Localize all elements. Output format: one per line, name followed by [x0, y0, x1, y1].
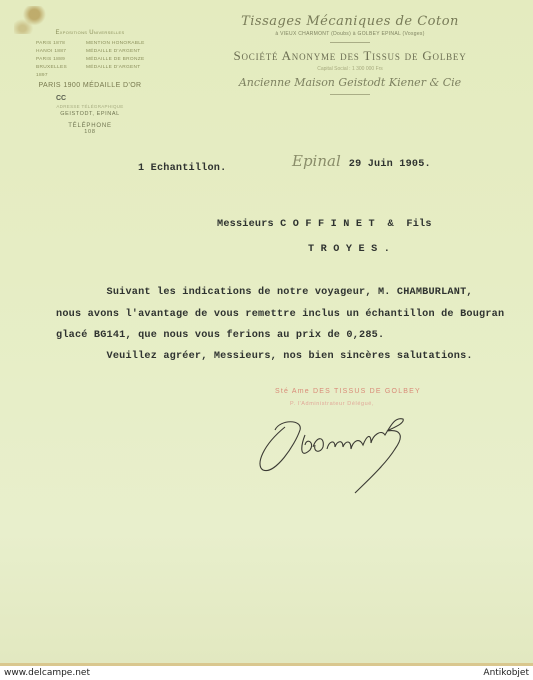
telegraph-address: GEISTODT, EPINAL	[20, 111, 160, 117]
award-row: PARIS 1889MÉDAILLE DE BRONZE	[20, 56, 160, 64]
company-capital: Capital Social : 1 300 000 Frs	[180, 66, 520, 72]
reference: 1 Echantillon.	[138, 163, 226, 174]
code-mark: CC	[20, 95, 160, 102]
body-line: Veuillez agréer, Messieurs, nos bien sin…	[56, 351, 473, 362]
recipient-city: T R O Y E S .	[308, 244, 390, 255]
letterhead-company: Tissages Mécaniques de Coton à VIEUX CHA…	[180, 14, 520, 100]
former-house: Ancienne Maison Geistodt Kiener & Cie	[180, 76, 520, 89]
date-line: Epinal29 Juin 1905.	[292, 152, 431, 171]
company-stamp: Sté Ame DES TISSUS DE GOLBEY	[275, 388, 421, 395]
phone-number: 108	[20, 129, 160, 135]
body-line: nous avons l'avantage de vous remettre i…	[56, 309, 504, 320]
date: 29 Juin 1905.	[349, 159, 431, 170]
body-line: glacé BG141, que nous vous ferions au pr…	[56, 330, 384, 341]
company-address: à VIEUX CHARMONT (Doubs) à GOLBEY EPINAL…	[180, 31, 520, 37]
divider	[330, 94, 370, 95]
footer-seller: Antikobjet	[483, 667, 529, 680]
divider	[330, 42, 370, 43]
award-row: PARIS 1878MENTION HONORABLE	[20, 40, 160, 48]
place: Epinal	[292, 152, 341, 170]
recipient: Messieurs C O F F I N E T & Fils	[217, 219, 432, 230]
letterhead-awards: Expositions Universelles PARIS 1878MENTI…	[20, 30, 160, 135]
letter-paper: Expositions Universelles PARIS 1878MENTI…	[0, 0, 533, 666]
telegraph-label: ADRESSE TÉLÉGRAPHIQUE	[20, 104, 160, 109]
gold-award: PARIS 1900 MÉDAILLE D'OR	[20, 82, 160, 89]
signature	[255, 405, 455, 495]
footer-source: www.delcampe.net	[4, 667, 90, 680]
company-name: Société Anonyme des Tissus de Golbey	[180, 48, 520, 64]
company-script-title: Tissages Mécaniques de Coton	[180, 14, 520, 29]
expositions-title: Expositions Universelles	[20, 30, 160, 36]
award-row: HANOI 1887MÉDAILLE D'ARGENT	[20, 48, 160, 56]
award-row: BRUXELLES 1897MÉDAILLE D'ARGENT	[20, 64, 160, 80]
footer: www.delcampe.net Antikobjet	[0, 667, 533, 680]
body-line: Suivant les indications de notre voyageu…	[56, 287, 473, 298]
